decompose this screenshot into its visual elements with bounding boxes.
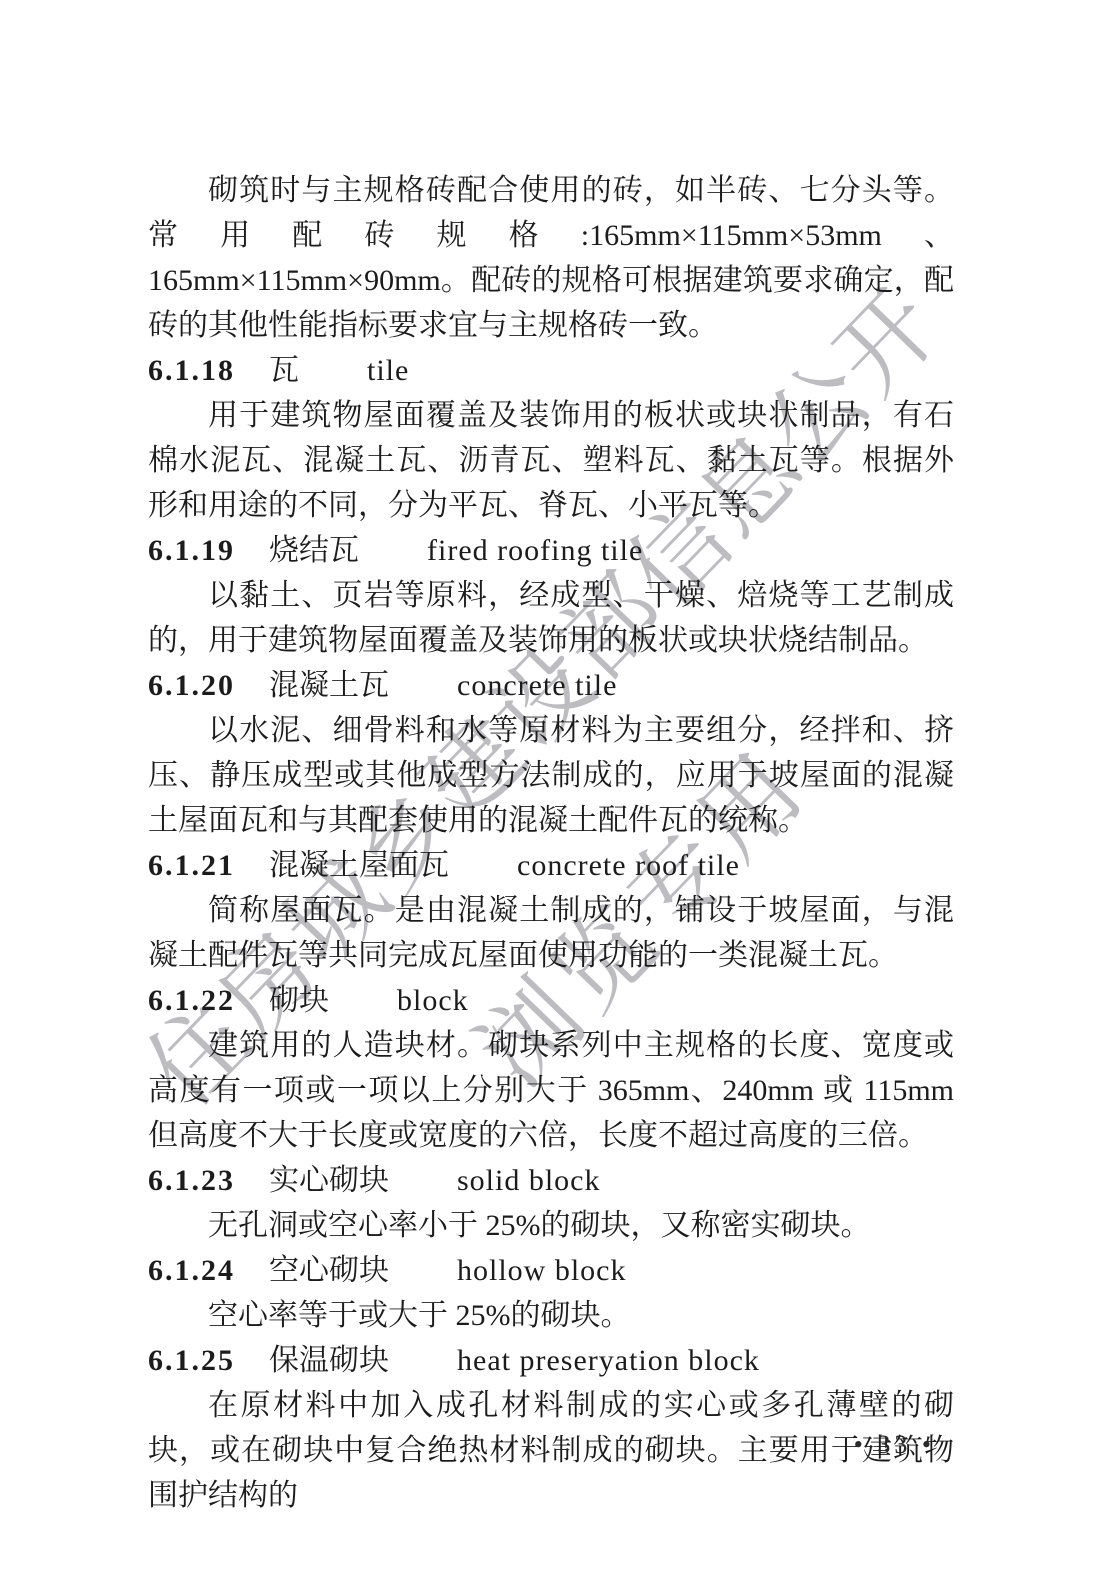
definition-paragraph: 在原材料中加入成孔材料制成的实心或多孔薄壁的砌块，或在砌块中复合绝热材料制成的砌… <box>148 1383 954 1518</box>
term-number: 6.1.22 <box>148 984 235 1017</box>
definition-paragraph: 以黏土、页岩等原料，经成型、干燥、焙烧等工艺制成的，用于建筑物屋面覆盖及装饰用的… <box>148 573 954 663</box>
term-chinese: 砌块 <box>269 984 329 1017</box>
term-heading-6-1-24: 6.1.24空心砌块hollow block <box>148 1248 954 1293</box>
term-chinese: 保温砌块 <box>269 1344 389 1377</box>
term-number: 6.1.21 <box>148 849 235 882</box>
term-number: 6.1.23 <box>148 1164 235 1197</box>
definition-paragraph: 无孔洞或空心率小于 25%的砌块，又称密实砌块。 <box>148 1203 954 1248</box>
definition-paragraph: 空心率等于或大于 25%的砌块。 <box>148 1293 954 1338</box>
term-heading-6-1-23: 6.1.23实心砌块solid block <box>148 1158 954 1203</box>
term-english: heat preseryation block <box>457 1344 760 1377</box>
term-heading-6-1-19: 6.1.19烧结瓦fired roofing tile <box>148 528 954 573</box>
term-number: 6.1.19 <box>148 534 235 567</box>
term-heading-6-1-25: 6.1.25保温砌块heat preseryation block <box>148 1338 954 1383</box>
term-number: 6.1.25 <box>148 1344 235 1377</box>
term-chinese: 混凝土屋面瓦 <box>269 849 449 882</box>
definition-paragraph: 砌筑时与主规格砖配合使用的砖，如半砖、七分头等。常用配砖规格:165mm×115… <box>148 168 954 348</box>
term-chinese: 烧结瓦 <box>269 534 359 567</box>
term-number: 6.1.18 <box>148 354 235 387</box>
term-english: solid block <box>457 1164 601 1197</box>
text-column: 砌筑时与主规格砖配合使用的砖，如半砖、七分头等。常用配砖规格:165mm×115… <box>148 168 954 1518</box>
term-english: concrete tile <box>457 669 617 702</box>
term-heading-6-1-20: 6.1.20混凝土瓦concrete tile <box>148 663 954 708</box>
term-heading-6-1-18: 6.1.18瓦tile <box>148 348 954 393</box>
definition-paragraph: 简称屋面瓦。是由混凝土制成的，铺设于坡屋面，与混凝土配件瓦等共同完成瓦屋面使用功… <box>148 888 954 978</box>
term-chinese: 瓦 <box>269 354 299 387</box>
term-heading-6-1-21: 6.1.21混凝土屋面瓦concrete roof tile <box>148 843 954 888</box>
term-chinese: 实心砌块 <box>269 1164 389 1197</box>
page-number: • 33 • <box>854 1430 935 1460</box>
term-number: 6.1.20 <box>148 669 235 702</box>
document-page: 住房城乡建设部信息公开 浏览专用 砌筑时与主规格砖配合使用的砖，如半砖、七分头等… <box>0 0 1100 1595</box>
term-english: concrete roof tile <box>517 849 740 882</box>
term-english: tile <box>367 354 409 387</box>
term-chinese: 空心砌块 <box>269 1254 389 1287</box>
term-english: hollow block <box>457 1254 627 1287</box>
term-heading-6-1-22: 6.1.22砌块block <box>148 978 954 1023</box>
term-english: block <box>397 984 469 1017</box>
term-chinese: 混凝土瓦 <box>269 669 389 702</box>
term-english: fired roofing tile <box>427 534 643 567</box>
term-number: 6.1.24 <box>148 1254 235 1287</box>
definition-paragraph: 以水泥、细骨料和水等原材料为主要组分，经拌和、挤压、静压成型或其他成型方法制成的… <box>148 708 954 843</box>
definition-paragraph: 用于建筑物屋面覆盖及装饰用的板状或块状制品，有石棉水泥瓦、混凝土瓦、沥青瓦、塑料… <box>148 393 954 528</box>
definition-paragraph: 建筑用的人造块材。砌块系列中主规格的长度、宽度或高度有一项或一项以上分别大于 3… <box>148 1023 954 1158</box>
